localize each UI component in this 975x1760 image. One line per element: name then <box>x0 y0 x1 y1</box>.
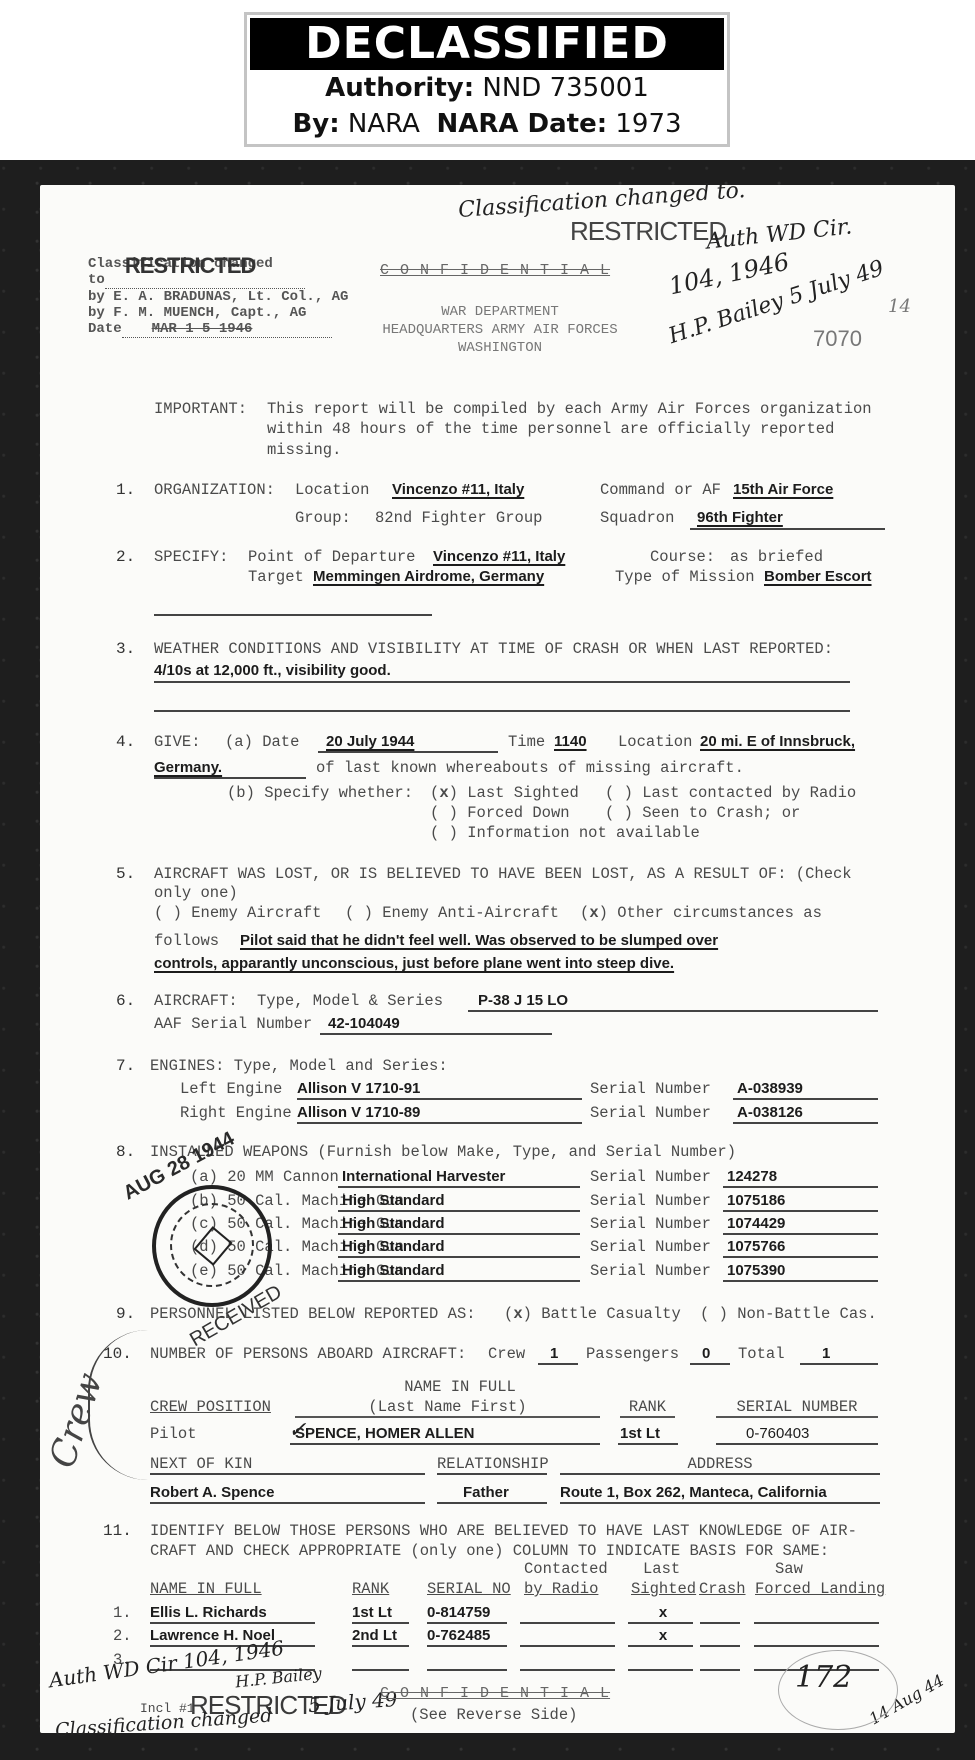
right-engine-field[interactable]: Allison V 1710-89 <box>297 1104 420 1122</box>
target-field[interactable]: Memmingen Airdrome, Germany <box>313 568 544 586</box>
time-field[interactable]: 1140 <box>554 733 587 751</box>
crew-count-field[interactable]: 1 <box>550 1345 558 1363</box>
option-non-battle[interactable]: ( ) Non-Battle Cas. <box>700 1305 877 1323</box>
weather-field[interactable]: 4/10s at 12,000 ft., visibility good. <box>154 662 391 680</box>
option-other[interactable]: (x) Other circumstances as <box>580 904 822 922</box>
passenger-count-field[interactable]: 0 <box>702 1345 710 1363</box>
weapon-serial-field[interactable]: 1075186 <box>727 1192 785 1210</box>
checkmark-icon: ✓ <box>288 1418 306 1443</box>
left-engine-serial-field[interactable]: A-038939 <box>737 1080 803 1098</box>
command-field[interactable]: 15th Air Force <box>733 481 833 499</box>
weapon-serial-field[interactable]: 1074429 <box>727 1215 785 1233</box>
option-enemy-aircraft[interactable]: ( ) Enemy Aircraft <box>154 904 321 922</box>
option-radio[interactable]: ( ) Last contacted by Radio <box>605 784 856 802</box>
aircraft-serial-field[interactable]: 42-104049 <box>328 1015 400 1033</box>
squadron-field[interactable]: 96th Fighter <box>697 509 783 527</box>
crew-position: Pilot <box>150 1425 197 1443</box>
important-text-1: This report will be compiled by each Arm… <box>267 400 872 418</box>
weapon-make-field[interactable]: High Standard <box>342 1262 445 1280</box>
see-reverse-note: (See Reverse Side) <box>410 1706 577 1724</box>
enclosure-label: Incl #1 <box>140 1700 195 1718</box>
classification-stamp: Classification changed toRESTRICTED by E… <box>88 256 348 338</box>
important-text-3: missing. <box>267 441 341 459</box>
crew-serial-field[interactable]: 0-760403 <box>746 1425 809 1443</box>
option-last-sighted[interactable]: (x) Last Sighted <box>430 784 579 802</box>
left-engine-field[interactable]: Allison V 1710-91 <box>297 1080 420 1098</box>
personnel-status-label: PERSONNEL LISTED BELOW REPORTED AS: <box>150 1305 476 1323</box>
specify-label: SPECIFY: <box>154 548 228 566</box>
pencil-circle <box>778 1650 898 1730</box>
weapon-make-field[interactable]: High Standard <box>342 1215 445 1233</box>
weather-label: WEATHER CONDITIONS AND VISIBILITY AT TIM… <box>154 640 833 658</box>
knowledge-rank-field[interactable]: 2nd Lt <box>352 1627 414 1645</box>
mission-type-field[interactable]: Bomber Escort <box>764 568 872 586</box>
last-location-field[interactable]: 20 mi. E of Innsbruck, <box>700 733 855 751</box>
weapon-make-field[interactable]: High Standard <box>342 1192 445 1210</box>
option-anti-aircraft[interactable]: ( ) Enemy Anti-Aircraft <box>345 904 559 922</box>
course-field[interactable]: as briefed <box>730 548 823 566</box>
knowledge-serial-field[interactable]: 0-762485 <box>427 1627 512 1645</box>
address-field[interactable]: Route 1, Box 262, Manteca, California <box>560 1484 827 1502</box>
department-heading: WAR DEPARTMENT HEADQUARTERS ARMY AIR FOR… <box>360 303 640 357</box>
last-knowledge-label: IDENTIFY BELOW THOSE PERSONS WHO ARE BEL… <box>150 1522 857 1540</box>
option-forced-down[interactable]: ( ) Forced Down <box>430 804 570 822</box>
org-location-field[interactable]: Vincenzo #11, Italy <box>392 481 524 499</box>
option-not-available[interactable]: ( ) Information not available <box>430 824 700 842</box>
relationship-field[interactable]: Father <box>463 1484 509 1502</box>
circumstances-field-2[interactable]: controls, apparantly unconscious, just b… <box>154 955 674 973</box>
last-location-field-2[interactable]: Germany. <box>154 759 222 777</box>
aircraft-type-field[interactable]: P-38 J 15 LO <box>478 992 568 1010</box>
important-label: IMPORTANT: <box>154 400 247 418</box>
knowledge-sighted-field[interactable]: x <box>628 1627 698 1645</box>
crew-rank-field[interactable]: 1st Lt <box>620 1425 660 1443</box>
declassified-label: DECLASSIFIED Authority: NND 735001 By: N… <box>244 12 730 147</box>
important-text-2: within 48 hours of the time personnel ar… <box>267 420 834 438</box>
crew-name-field[interactable]: SPENCE, HOMER ALLEN <box>295 1425 474 1443</box>
authority-row: Authority: NND 735001 <box>247 70 727 106</box>
weapon-serial-field[interactable]: 1075766 <box>727 1238 785 1256</box>
organization-label: ORGANIZATION: <box>154 481 275 499</box>
classification-top: C O N F I D E N T I A L <box>380 262 610 280</box>
knowledge-rank-field[interactable]: 1st Lt <box>352 1604 414 1622</box>
option-battle-casualty[interactable]: (x) Battle Casualty <box>504 1305 681 1323</box>
by-row: By: NARA NARA Date: 1973 <box>247 106 727 142</box>
group-field[interactable]: 82nd Fighter Group <box>375 509 542 527</box>
knowledge-sighted-field[interactable]: x <box>628 1604 698 1622</box>
loss-cause-label: AIRCRAFT WAS LOST, OR IS BELIEVED TO HAV… <box>154 865 852 883</box>
circumstances-field-1[interactable]: Pilot said that he didn't feel well. Was… <box>240 932 718 950</box>
classification-bottom: C O N F I D E N T I A L <box>380 1685 610 1703</box>
knowledge-name-field[interactable]: Ellis L. Richards <box>150 1604 320 1622</box>
engines-label: ENGINES: Type, Model and Series: <box>150 1057 448 1075</box>
weapon-serial-field[interactable]: 1075390 <box>727 1262 785 1280</box>
option-seen-crash[interactable]: ( ) Seen to Crash; or <box>605 804 800 822</box>
page-mark: 14 <box>888 296 911 317</box>
declassified-title: DECLASSIFIED <box>250 18 724 70</box>
right-engine-serial-field[interactable]: A-038126 <box>737 1104 803 1122</box>
aircraft-label: AIRCRAFT: <box>154 992 238 1010</box>
weapon-make-field[interactable]: International Harvester <box>342 1168 505 1186</box>
next-of-kin-field[interactable]: Robert A. Spence <box>150 1484 274 1502</box>
received-clock-stamp <box>152 1185 272 1307</box>
restricted-stamp: RESTRICTED <box>570 216 726 247</box>
persons-aboard-label: NUMBER OF PERSONS ABOARD AIRCRAFT: <box>150 1345 466 1363</box>
weapon-make-field[interactable]: High Standard <box>342 1238 445 1256</box>
knowledge-serial-field[interactable]: 0-814759 <box>427 1604 512 1622</box>
total-count-field[interactable]: 1 <box>822 1345 830 1363</box>
weapons-label: INSTALLED WEAPONS (Furnish below Make, T… <box>150 1143 736 1161</box>
document-number: 7070 <box>813 330 862 348</box>
departure-field[interactable]: Vincenzo #11, Italy <box>433 548 565 566</box>
weapon-serial-field[interactable]: 124278 <box>727 1168 777 1186</box>
date-field[interactable]: 20 July 1944 <box>326 733 414 751</box>
